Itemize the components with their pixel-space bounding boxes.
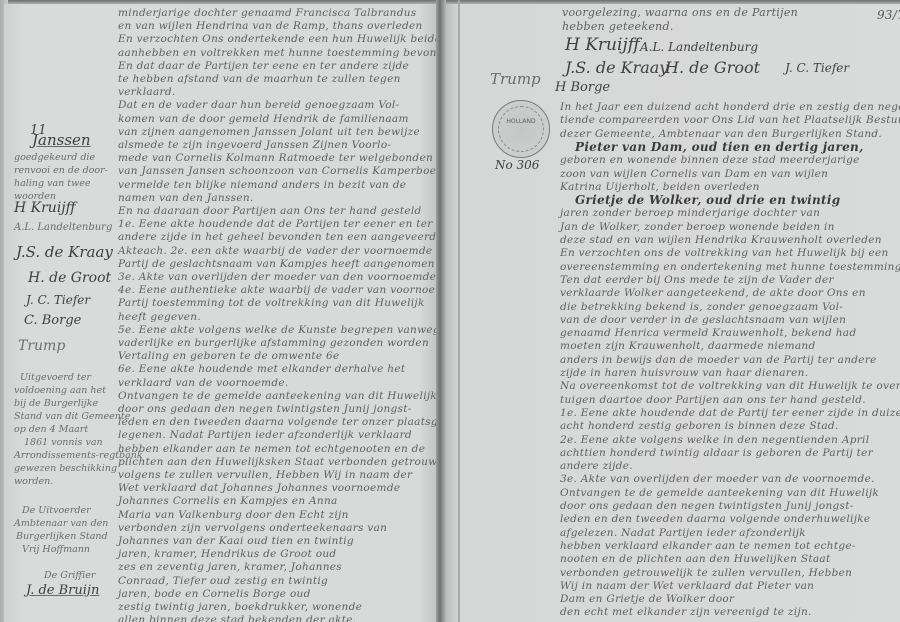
- signature: H. de Groot: [665, 58, 760, 77]
- text-line: hebben geteekend.: [562, 20, 674, 34]
- text-line: deze stad en van wijlen Hendrika Krauwen…: [560, 233, 882, 247]
- text-line: Pieter van Dam, oud tien en dertig jaren…: [575, 140, 864, 154]
- text-line: zoon van wijlen Cornelis van Dam en van …: [560, 167, 828, 181]
- margin-signature: J. C. Tiefer: [26, 293, 90, 307]
- official-stamp: HOLLAND: [492, 100, 550, 158]
- text-line: En verzochten Ons ondertekende een hun H…: [118, 32, 441, 46]
- text-line: 1e. Eene akte houdende dat de Partijen t…: [118, 217, 433, 231]
- margin-signature: H Kruijff: [14, 200, 76, 216]
- text-line: moeten zijn Krauwenholt, daarmede nieman…: [560, 339, 816, 353]
- signature: A.L. Landeltenburg: [640, 40, 758, 54]
- text-line: die betrekking bekend is, zonder genoegz…: [560, 300, 843, 314]
- clerk-note-line: Burgerlijken Stand: [16, 531, 108, 544]
- text-line: van zijnen aangenomen Janssen Jolant uit…: [118, 125, 420, 139]
- book-gutter: [436, 0, 446, 622]
- text-line: allen binnen deze stad bekenden der akte…: [118, 613, 356, 622]
- text-line: Partij toestemming tot de voltrekking va…: [118, 296, 425, 310]
- text-line: En dat daar de Partijen ter eene en ter …: [118, 59, 409, 73]
- text-line: verklaarde Wolker aangeteekend, de akte …: [560, 286, 866, 300]
- text-line: aanhebben en voltrekken met hunne toeste…: [118, 46, 457, 60]
- text-line: plichten aan den Huwelijksken Staat verb…: [118, 455, 437, 469]
- text-line: minderjarige dochter genaamd Francisca T…: [118, 6, 416, 20]
- margin-signature: H. de Groot: [28, 270, 111, 286]
- text-line: dezer Gemeente, Ambtenaar van den Burger…: [560, 127, 882, 141]
- text-line: geboren en wonende binnen deze stad meer…: [560, 153, 860, 167]
- text-line: leden en den tweeden daarna volgende ond…: [560, 512, 870, 526]
- text-line: legenen. Nadat Partijen ieder afzonderli…: [118, 428, 412, 442]
- text-line: zijde in haren huisvrouw van haar dienar…: [560, 366, 808, 380]
- text-line: zestig twintig jaren, boekdrukker, wonen…: [118, 600, 362, 614]
- text-line: 1e. Eene akte houdende dat de Partij ter…: [560, 406, 900, 420]
- text-line: anders in bewijs dan de moeder van de Pa…: [560, 353, 877, 367]
- text-line: alsmede te zijn ingevoerd Janssen Zijnen…: [118, 138, 391, 152]
- stamp-text: HOLLAND: [493, 118, 549, 125]
- text-line: Grietje de Wolker, oud drie en twintig: [575, 193, 840, 207]
- clerk-note-line: Vrij Hoffmann: [22, 544, 90, 557]
- margin-note-line: bij de Burgerlijke: [14, 398, 98, 411]
- text-line: vaderlijke en burgerlijke afstamming gez…: [118, 336, 429, 350]
- margin-note-line: op den 4 Maart: [14, 424, 88, 437]
- text-line: 2e. Eene akte volgens welke in den negen…: [560, 433, 869, 447]
- margin-signature: J.S. de Kraay: [16, 243, 113, 261]
- text-line: en van wijlen Hendrina van de Ramp, than…: [118, 19, 423, 33]
- text-line: leden en den tweeden daarna volgende ter…: [118, 415, 448, 429]
- right-page-rule: [458, 0, 460, 622]
- text-line: jaren zonder beroep minderjarige dochter…: [560, 206, 820, 220]
- text-line: 3e. Akte van overlijden der moeder van d…: [560, 472, 875, 486]
- text-line: namen van den Janssen.: [118, 191, 254, 205]
- text-line: Akteach. 2e. een akte waarbij de vader d…: [118, 244, 432, 258]
- margin-note-line: voldoening aan het: [14, 385, 106, 398]
- text-line: verbonden zijn vervolgens onderteekenaar…: [118, 521, 387, 535]
- text-line: Dat en de vader daar hun bereid genoegza…: [118, 98, 399, 112]
- text-line: Wet verklaard dat Johannes Johannes voor…: [118, 481, 400, 495]
- text-line: tuigen daartoe door Partijen aan ons ter…: [560, 393, 866, 407]
- text-line: acht honderd zestig geboren is binnen de…: [560, 419, 839, 433]
- clerk-note-line: Ambtenaar van den: [14, 518, 108, 531]
- page-number: 93/7: [877, 8, 900, 22]
- text-line: 6e. Eene akte houdende met elkander derh…: [118, 362, 405, 376]
- text-line: Wij in naam der Wet verklaard dat Pieter…: [560, 579, 814, 593]
- text-line: Partij de geslachtsnaam van Kampjes heef…: [118, 257, 435, 271]
- text-line: verklaard.: [118, 85, 175, 99]
- text-line: voorgelezing, waarna ons en de Partijen: [562, 6, 798, 20]
- record-number: No 306: [495, 158, 539, 172]
- text-line: jaren, kramer, Hendrikus de Groot oud: [118, 547, 336, 561]
- text-line: afgelezen. Nadat Partijen ieder afzonder…: [560, 526, 806, 540]
- text-line: Ontvangen te de gemelde aanteekening van…: [560, 486, 879, 500]
- text-line: heeft gegeven.: [118, 310, 201, 324]
- margin-note-line: Stand van dit Gemeente: [14, 411, 130, 424]
- document-spread: 11 Janssen goedgekeurd die renvooi en de…: [0, 0, 900, 622]
- margin-note-line: goedgekeurd die: [14, 152, 95, 165]
- margin-note-line: worden.: [14, 476, 53, 489]
- text-line: tiende compareerden voor Ons Lid van het…: [560, 113, 900, 127]
- text-line: Dam en Grietje de Wolker door: [560, 592, 734, 606]
- text-line: te hebben afstand van de maarhun te zull…: [118, 72, 401, 86]
- text-line: Conraad, Tiefer oud zestig en twintig: [118, 574, 328, 588]
- text-line: achttien honderd twintig aldaar is gebor…: [560, 446, 873, 460]
- text-line: nooten en de plichten aan den Huwelijken…: [560, 552, 831, 566]
- text-line: door ons gedaan den negen twintigsten Ju…: [118, 402, 412, 416]
- margin-signature: A.L. Landeltenburg: [14, 222, 112, 233]
- text-line: In het Jaar een duizend acht honderd dri…: [560, 100, 900, 114]
- margin-note-line: 1861 vonnis van: [24, 437, 103, 450]
- text-line: zes en zeventig jaren, kramer, Johannes: [118, 560, 342, 574]
- text-line: Na overeenkomst tot de voltrekking van d…: [560, 379, 900, 393]
- text-line: door ons gedaan den negen twintigsten Ju…: [560, 499, 854, 513]
- margin-signature: C. Borge: [24, 313, 81, 328]
- text-line: vermelde ten blijke niemand anders in be…: [118, 178, 406, 192]
- text-line: En verzochten ons de voltrekking van het…: [560, 246, 889, 260]
- text-line: overeenstemming en ondertekening met hun…: [560, 260, 900, 274]
- margin-note-line: Uitgevoerd ter: [20, 372, 91, 385]
- text-line: hebben verklaard elkander aan te nemen t…: [560, 539, 856, 553]
- margin-note-line: renvooi en de door-: [14, 165, 108, 178]
- griffier-signature: J. de Bruijn: [26, 583, 99, 598]
- text-line: jaren, bode en Cornelis Borge oud: [118, 587, 311, 601]
- text-line: volgens te zullen vervullen, Hebben Wij …: [118, 468, 412, 482]
- stamp-ring: [498, 106, 544, 152]
- text-line: Johannes Cornelis en Kampjes en Anna: [118, 494, 338, 508]
- signature: H Kruijff: [565, 35, 640, 55]
- text-line: andere zijde.: [560, 459, 633, 473]
- text-line: komen van de door gemeld Hendrik de fami…: [118, 112, 409, 126]
- margin-note-line: gewezen beschikking: [14, 463, 117, 476]
- griffier-label: De Griffier: [44, 570, 95, 583]
- text-line: 4e. Eene authentieke akte waarbij de vad…: [118, 283, 459, 297]
- text-line: Johannes van der Kaai oud tien en twinti…: [118, 534, 354, 548]
- text-line: Ontvangen te de gemelde aanteekening van…: [118, 389, 437, 403]
- text-line: En na daaraan door Partijen aan Ons ter …: [118, 204, 422, 218]
- text-line: 3e. Akte van overlijden der moeder van d…: [118, 270, 436, 284]
- margin-initial: Trump: [18, 338, 65, 354]
- text-line: verbonden getrouwelijk te zullen vervull…: [560, 566, 852, 580]
- text-line: hebben elkander aan te nemen tot echtgen…: [118, 442, 425, 456]
- text-line: Maria van Valkenburg door den Echt zijn: [118, 508, 349, 522]
- text-line: van de door verder in de geslachtsnaam v…: [560, 313, 846, 327]
- text-line: Vertaling en geboren te de omwente 6e: [118, 349, 340, 363]
- margin-initial: Trump: [490, 70, 541, 88]
- text-line: 5e. Eene akte volgens welke de Kunste be…: [118, 323, 446, 337]
- text-line: van Janssen Jansen schoonzoon van Cornel…: [118, 164, 442, 178]
- signature: J.S. de Kraay: [565, 58, 668, 77]
- signature: J. C. Tiefer: [785, 61, 849, 75]
- text-line: Ten dat eerder bij Ons mede te zijn de V…: [560, 273, 834, 287]
- signature: H Borge: [555, 80, 610, 95]
- text-line: Katrina Uijerholt, beiden overleden: [560, 180, 760, 194]
- margin-surname: Janssen: [32, 131, 91, 149]
- text-line: mede van Cornelis Kolmann Ratmoede ter w…: [118, 151, 433, 165]
- text-line: den echt met elkander zijn vereenigd te …: [560, 605, 812, 619]
- clerk-note-line: De Uitvoerder: [22, 505, 91, 518]
- text-line: andere zijde in het geheel bevonden ten …: [118, 230, 436, 244]
- margin-note-line: haling van twee: [14, 178, 90, 191]
- text-line: Jan de Wolker, zonder beroep wonende bei…: [560, 220, 835, 234]
- text-line: genaamd Henrica vermeld Krauwenholt, bek…: [560, 326, 856, 340]
- text-line: verklaard van de voornoemde.: [118, 376, 289, 390]
